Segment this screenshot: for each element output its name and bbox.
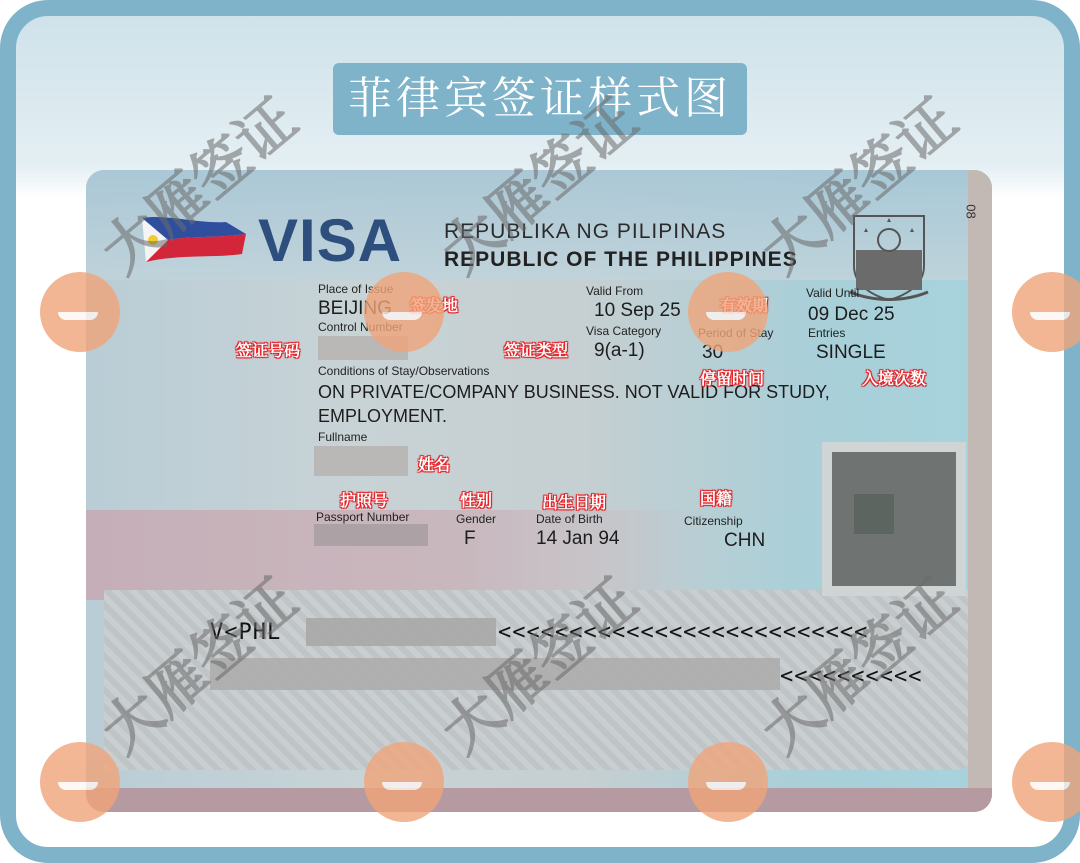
- annotation-visa-category: 签证类型: [504, 338, 568, 361]
- valid-until-label: Valid Until: [806, 286, 859, 300]
- visa-category-label: Visa Category: [586, 324, 661, 338]
- mrz-line-1-redacted: [306, 618, 496, 646]
- valid-until-value: 09 Dec 25: [808, 304, 895, 326]
- watermark-logo-icon: [40, 272, 120, 352]
- annotation-fullname: 姓名: [418, 452, 450, 475]
- watermark-logo-icon: [364, 272, 444, 352]
- date-of-birth-value: 14 Jan 94: [536, 528, 619, 550]
- serial-fragment: 08: [964, 204, 979, 218]
- conditions-label: Conditions of Stay/Observations: [318, 364, 489, 378]
- entries-label: Entries: [808, 326, 845, 340]
- valid-from-label: Valid From: [586, 284, 643, 298]
- fullname-redacted: [314, 446, 408, 476]
- passport-number-label: Passport Number: [316, 510, 409, 524]
- annotation-passport-number: 护照号: [340, 488, 388, 511]
- citizenship-value: CHN: [724, 530, 765, 552]
- holder-photo-redacted: [822, 442, 966, 596]
- passport-page-strip: [86, 788, 992, 812]
- gender-label: Gender: [456, 512, 496, 526]
- annotation-citizenship: 国籍: [700, 486, 732, 509]
- annotation-gender: 性别: [460, 488, 492, 511]
- annotation-date-of-birth: 出生日期: [542, 490, 606, 513]
- annotation-control-number: 签证号码: [236, 338, 300, 361]
- valid-from-value: 10 Sep 25: [594, 300, 681, 322]
- annotation-period-of-stay: 停留时间: [700, 366, 764, 389]
- conditions-line-2: EMPLOYMENT.: [318, 406, 447, 427]
- passport-number-redacted: [314, 524, 428, 546]
- watermark-logo-icon: [688, 272, 768, 352]
- fullname-label: Fullname: [318, 430, 367, 444]
- citizenship-label: Citizenship: [684, 514, 743, 528]
- passport-page-edge: [968, 170, 992, 812]
- gender-value: F: [464, 528, 476, 550]
- visa-heading: VISA: [258, 206, 402, 275]
- annotation-entries: 入境次数: [862, 366, 926, 389]
- visa-category-value: 9(a-1): [594, 340, 645, 362]
- watermark-logo-icon: [40, 742, 120, 822]
- date-of-birth-label: Date of Birth: [536, 512, 603, 526]
- watermark-logo-icon: [364, 742, 444, 822]
- entries-value: SINGLE: [816, 342, 886, 364]
- watermark-logo-icon: [688, 742, 768, 822]
